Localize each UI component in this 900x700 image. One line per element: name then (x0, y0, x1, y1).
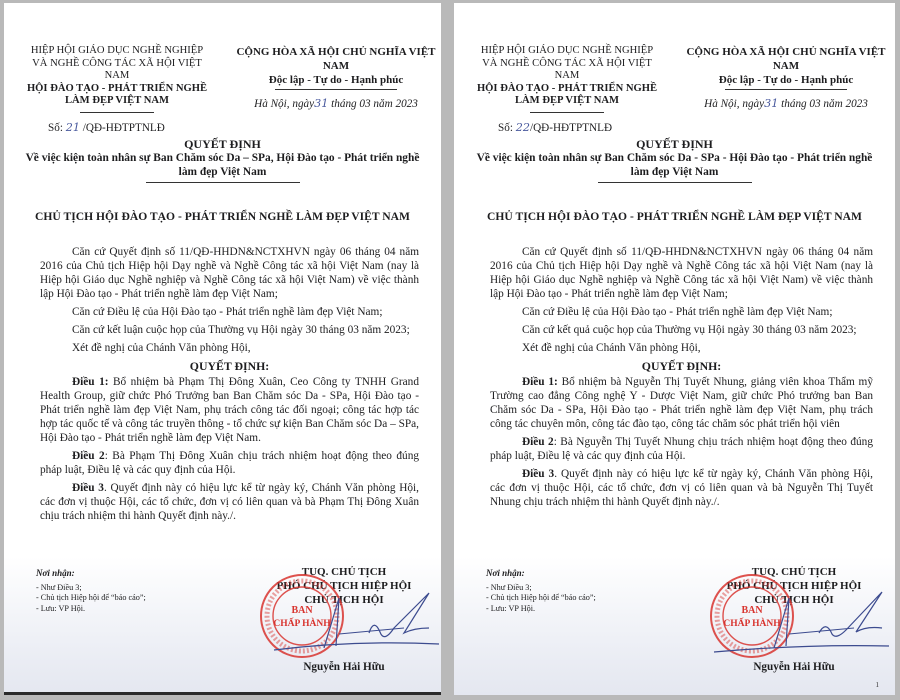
page-number: 1 (876, 681, 880, 689)
recipients-list: Nơi nhận: - Như Điều 3; - Chủ tịch Hiệp … (486, 568, 596, 614)
divider (80, 112, 154, 113)
issuing-organization: HIỆP HỘI GIÁO DỤC NGHỀ NGHIỆP VÀ NGHỀ CÔ… (22, 45, 212, 113)
basis-paragraph: Căn cứ Quyết định số 11/QĐ-HHDN&NCTXHVN … (490, 245, 873, 301)
issuing-authority: CHỦ TỊCH HỘI ĐÀO TẠO - PHÁT TRIỂN NGHỀ L… (454, 210, 895, 223)
basis-paragraph: Căn cứ kết luận cuộc họp của Thường vụ H… (40, 323, 419, 337)
divider (725, 89, 847, 90)
page-edge (4, 692, 441, 695)
issue-date: Hà Nội, ngày31 tháng 03 năm 2023 (686, 97, 886, 110)
document-body: Căn cứ Quyết định số 11/QĐ-HHDN&NCTXHVN … (40, 245, 419, 527)
issuing-organization: HIỆP HỘI GIÁO DỤC NGHỀ NGHIỆP VÀ NGHỀ CÔ… (472, 45, 662, 113)
divider (530, 112, 604, 113)
document-header: HIỆP HỘI GIÁO DỤC NGHỀ NGHIỆP VÀ NGHỀ CÔ… (454, 45, 895, 135)
basis-paragraph: Căn cứ kết quả cuộc họp của Thường vụ Hộ… (490, 323, 873, 337)
national-motto: CỘNG HÒA XÃ HỘI CHỦ NGHĨA VIỆT NAM Độc l… (686, 45, 886, 90)
signer-name: Nguyễn Hải Hữu (244, 661, 441, 673)
article-2: Điều 2: Bà Phạm Thị Đông Xuân chịu trách… (40, 449, 419, 477)
article-1: Điều 1: Bổ nhiệm bà Phạm Thị Đông Xuân, … (40, 375, 419, 445)
signer-name: Nguyễn Hải Hữu (694, 661, 894, 673)
recipient-item: - Như Điều 3; (486, 583, 596, 594)
document-title: QUYẾT ĐỊNH (24, 137, 421, 152)
divider (275, 89, 397, 90)
national-motto: CỘNG HÒA XÃ HỘI CHỦ NGHĨA VIỆT NAM Độc l… (236, 45, 436, 90)
handwritten-number: 21 (66, 121, 80, 134)
document-title-block: QUYẾT ĐỊNH Về việc kiện toàn nhân sự Ban… (474, 137, 875, 183)
divider (598, 182, 752, 183)
document-body: Căn cứ Quyết định số 11/QĐ-HHDN&NCTXHVN … (490, 245, 873, 513)
basis-paragraph: Căn cứ Quyết định số 11/QĐ-HHDN&NCTXHVN … (40, 245, 419, 301)
decision-document-22: HIỆP HỘI GIÁO DỤC NGHỀ NGHIỆP VÀ NGHỀ CÔ… (454, 3, 895, 695)
handwritten-signature-icon (704, 588, 894, 658)
decision-heading: QUYẾT ĐỊNH: (40, 359, 419, 373)
decision-heading: QUYẾT ĐỊNH: (490, 359, 873, 373)
recipient-item: - Như Điều 3; (36, 583, 146, 594)
document-title-block: QUYẾT ĐỊNH Về việc kiện toàn nhân sự Ban… (24, 137, 421, 183)
document-header: HIỆP HỘI GIÁO DỤC NGHỀ NGHIỆP VÀ NGHỀ CÔ… (4, 45, 441, 135)
handwritten-signature-icon (254, 588, 441, 658)
issue-date: Hà Nội, ngày31 tháng 03 năm 2023 (236, 97, 436, 110)
recipients-list: Nơi nhận: - Như Điều 3; - Chủ tịch Hiệp … (36, 568, 146, 614)
handwritten-day: 31 (764, 97, 778, 110)
article-3: Điều 3. Quyết định này có hiệu lực kể từ… (40, 481, 419, 523)
divider (146, 182, 300, 183)
issuing-authority: CHỦ TỊCH HỘI ĐÀO TẠO - PHÁT TRIỂN NGHỀ L… (4, 210, 441, 223)
document-subject: Về việc kiện toàn nhân sự Ban Chăm sóc D… (474, 152, 875, 179)
basis-paragraph: Xét đề nghị của Chánh Văn phòng Hội, (490, 341, 873, 355)
document-subject: Về việc kiện toàn nhân sự Ban Chăm sóc D… (24, 152, 421, 179)
article-3: Điều 3. Quyết định này có hiệu lực kể từ… (490, 467, 873, 509)
recipient-item: - Chủ tịch Hiệp hội để “báo cáo”; (36, 593, 146, 604)
article-1: Điều 1: Bổ nhiệm bà Nguyễn Thị Tuyết Nhu… (490, 375, 873, 431)
recipient-item: - Lưu: VP Hội. (486, 604, 596, 615)
document-title: QUYẾT ĐỊNH (474, 137, 875, 152)
decision-document-21: HIỆP HỘI GIÁO DỤC NGHỀ NGHIỆP VÀ NGHỀ CÔ… (4, 3, 441, 695)
handwritten-day: 31 (314, 97, 328, 110)
handwritten-number: 22 (516, 121, 530, 134)
basis-paragraph: Căn cứ Điều lệ của Hội Đào tạo - Phát tr… (490, 305, 873, 319)
recipient-item: - Chủ tịch Hiệp hội để “báo cáo”; (486, 593, 596, 604)
document-number: Số: 21 /QĐ-HĐTPTNLĐ (48, 121, 165, 134)
document-number: Số: 22/QĐ-HĐTPTNLĐ (498, 121, 612, 134)
basis-paragraph: Căn cứ Điều lệ của Hội Đào tạo - Phát tr… (40, 305, 419, 319)
basis-paragraph: Xét đề nghị của Chánh Văn phòng Hội, (40, 341, 419, 355)
article-2: Điều 2: Bà Nguyễn Thị Tuyết Nhung chịu t… (490, 435, 873, 463)
recipient-item: - Lưu: VP Hội. (36, 604, 146, 615)
